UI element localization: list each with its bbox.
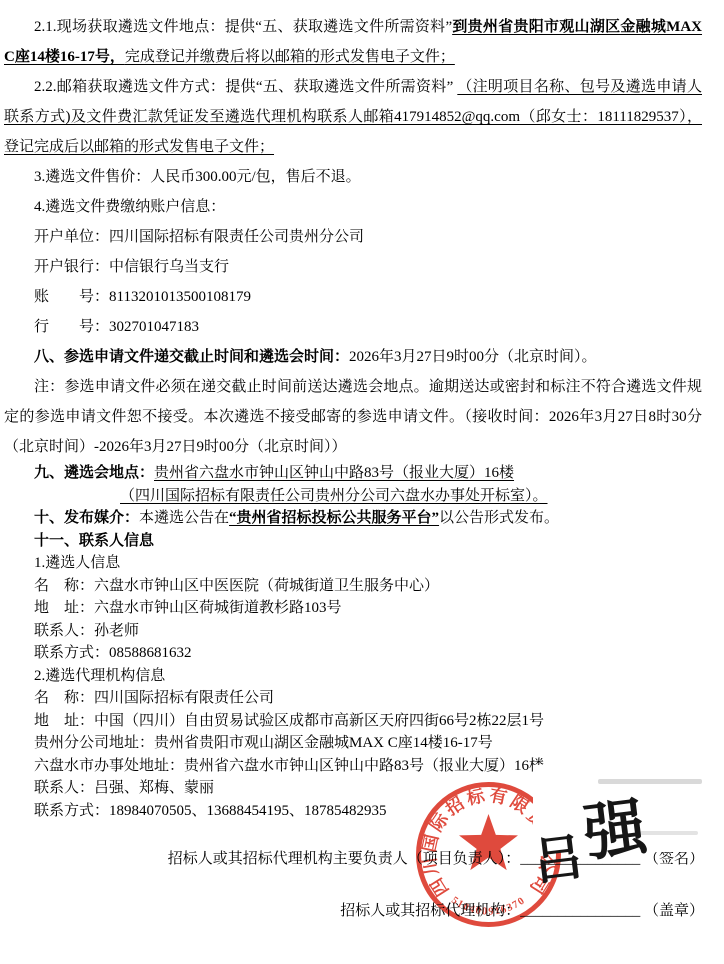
scan-artifact xyxy=(640,831,698,835)
line-selector-contact: 联系人：孙老师 xyxy=(4,620,702,643)
line-guizhou-branch-address: 贵州分公司地址：贵州省贵阳市观山湖区金融城MAX C座14楼16-17号 xyxy=(4,732,702,755)
text-run: 完成登记并缴费后将以邮箱的形式发售电子文件； xyxy=(125,49,455,65)
seal-suffix: （盖章） xyxy=(644,903,704,919)
text-run: 联系方式：08588681632 xyxy=(34,645,192,661)
text-run: 账 号：8113201013500108179 xyxy=(34,289,251,305)
text-run: 1.遴选人信息 xyxy=(34,555,120,571)
text-run: 以公告形式发布。 xyxy=(439,510,559,526)
text-run: 2.2.邮箱获取遴选文件方式：提供“五、获取遴选文件所需资料” xyxy=(34,79,457,95)
text-run: 开户银行：中信银行乌当支行 xyxy=(34,259,229,275)
text-run: 十、发布媒介： xyxy=(34,510,139,526)
signature-char: 强 xyxy=(578,777,650,873)
text-run: 联系方式：18984070505、13688454195、18785482935 xyxy=(34,803,387,819)
text-run: 六盘水市办事处地址：贵州省六盘水市钟山区钟山中路83号（报业大厦）16楼 xyxy=(34,758,544,774)
text-run: 3.遴选文件售价：人民币300.00元/包，售后不退。 xyxy=(34,169,361,185)
text-run: “贵州省招标投标公共服务平台” xyxy=(229,510,439,526)
document-page: 2.1.现场获取遴选文件地点：提供“五、获取遴选文件所需资料”到贵州省贵阳市观山… xyxy=(0,0,724,964)
para-2-2-email-method: 2.2.邮箱获取遴选文件方式：提供“五、获取遴选文件所需资料” （注明项目名称、… xyxy=(4,72,702,162)
line-account-number: 账 号：8113201013500108179 xyxy=(4,282,702,312)
line-bank: 开户银行：中信银行乌当支行 xyxy=(4,252,702,282)
line-agency-info-title: 2.遴选代理机构信息 xyxy=(4,665,702,688)
text-run: 八、参选申请文件递交截止时间和遴选会时间： xyxy=(34,349,349,365)
heading-8-deadline: 八、参选申请文件递交截止时间和遴选会时间：2026年3月27日9时00分（北京时… xyxy=(4,342,702,372)
signatory-suffix: （签名） xyxy=(644,851,704,867)
text-run: 开户单位：四川国际招标有限责任公司贵州分公司 xyxy=(34,229,364,245)
text-run: 行 号：302701047183 xyxy=(34,319,199,335)
stamp-star-icon xyxy=(459,814,518,870)
text-run: 十一、联系人信息 xyxy=(34,533,154,549)
para-note: 注：参选申请文件必须在递交截止时间前送达遴选会地点。逾期送达或密封和标注不符合遴… xyxy=(4,372,702,462)
text-run: 地 址：中国（四川）自由贸易试验区成都市高新区天府四街66号2栋22层1号 xyxy=(34,713,544,729)
line-selector-info-title: 1.遴选人信息 xyxy=(4,552,702,575)
line-selector-address: 地 址：六盘水市钟山区荷城街道教杉路103号 xyxy=(4,597,702,620)
heading-10-media: 十、发布媒介：本遴选公告在“贵州省招标投标公共服务平台”以公告形式发布。 xyxy=(4,507,702,530)
text-run: 名 称：六盘水市钟山区中医医院（荷城街道卫生服务中心） xyxy=(34,578,439,594)
line-selector-phone: 联系方式：08588681632 xyxy=(4,642,702,665)
document-body: 2.1.现场获取遴选文件地点：提供“五、获取遴选文件所需资料”到贵州省贵阳市观山… xyxy=(0,0,724,822)
text-run: 九、遴选会地点： xyxy=(34,465,154,481)
text-run: 名 称：四川国际招标有限责任公司 xyxy=(34,690,274,706)
text-run: 4.遴选文件费缴纳账户信息： xyxy=(34,199,225,215)
para-2-1-onsite-method: 2.1.现场获取遴选文件地点：提供“五、获取遴选文件所需资料”到贵州省贵阳市观山… xyxy=(4,12,702,72)
line-selector-name: 名 称：六盘水市钟山区中医医院（荷城街道卫生服务中心） xyxy=(4,575,702,598)
text-run: 联系人：孙老师 xyxy=(34,623,139,639)
line-venue-continued: （四川国际招标有限责任公司贵州分公司六盘水办事处开标室）。 xyxy=(4,485,702,508)
text-run: 2.遴选代理机构信息 xyxy=(34,668,165,684)
text-run: 2026年3月27日9时00分（北京时间）。 xyxy=(349,349,597,365)
text-run: 本遴选公告在 xyxy=(139,510,229,526)
heading-11-contacts: 十一、联系人信息 xyxy=(4,530,702,553)
text-run: 贵州省六盘水市钟山区钟山中路83号（报业大厦）16楼 xyxy=(154,465,514,481)
para-3-document-price: 3.遴选文件售价：人民币300.00元/包，售后不退。 xyxy=(4,162,702,192)
seal-line: 招标人或其招标代理机构：________________ （盖章） xyxy=(0,900,724,922)
line-agency-name: 名 称：四川国际招标有限责任公司 xyxy=(4,687,702,710)
text-run: 2.1.现场获取遴选文件地点：提供“五、获取遴选文件所需资料” xyxy=(34,19,452,35)
line-agency-address: 地 址：中国（四川）自由贸易试验区成都市高新区天府四街66号2栋22层1号 xyxy=(4,710,702,733)
line-account-holder: 开户单位：四川国际招标有限责任公司贵州分公司 xyxy=(4,222,702,252)
text-run: （四川国际招标有限责任公司贵州分公司六盘水办事处开标室）。 xyxy=(120,488,548,504)
text-run: 注：参选申请文件必须在递交截止时间前送达遴选会地点。逾期送达或密封和标注不符合遴… xyxy=(4,379,702,455)
text-run: 贵州分公司地址：贵州省贵阳市观山湖区金融城MAX C座14楼16-17号 xyxy=(34,735,493,751)
text-run: 联系人：吕强、郑梅、蒙丽 xyxy=(34,780,214,796)
svg-text:510400916370: 510400916370 xyxy=(449,895,528,918)
para-4-payment-account: 4.遴选文件费缴纳账户信息： xyxy=(4,192,702,222)
text-run: 地 址：六盘水市钟山区荷城街道教杉路103号 xyxy=(34,600,342,616)
handwritten-signature: 吕强 xyxy=(525,780,647,882)
stamp-registration-code: 510400916370 xyxy=(449,895,528,918)
signature-char: 吕 xyxy=(529,817,587,895)
heading-9-venue: 九、遴选会地点：贵州省六盘水市钟山区钟山中路83号（报业大厦）16楼 xyxy=(4,462,702,485)
line-bank-number: 行 号：302701047183 xyxy=(4,312,702,342)
